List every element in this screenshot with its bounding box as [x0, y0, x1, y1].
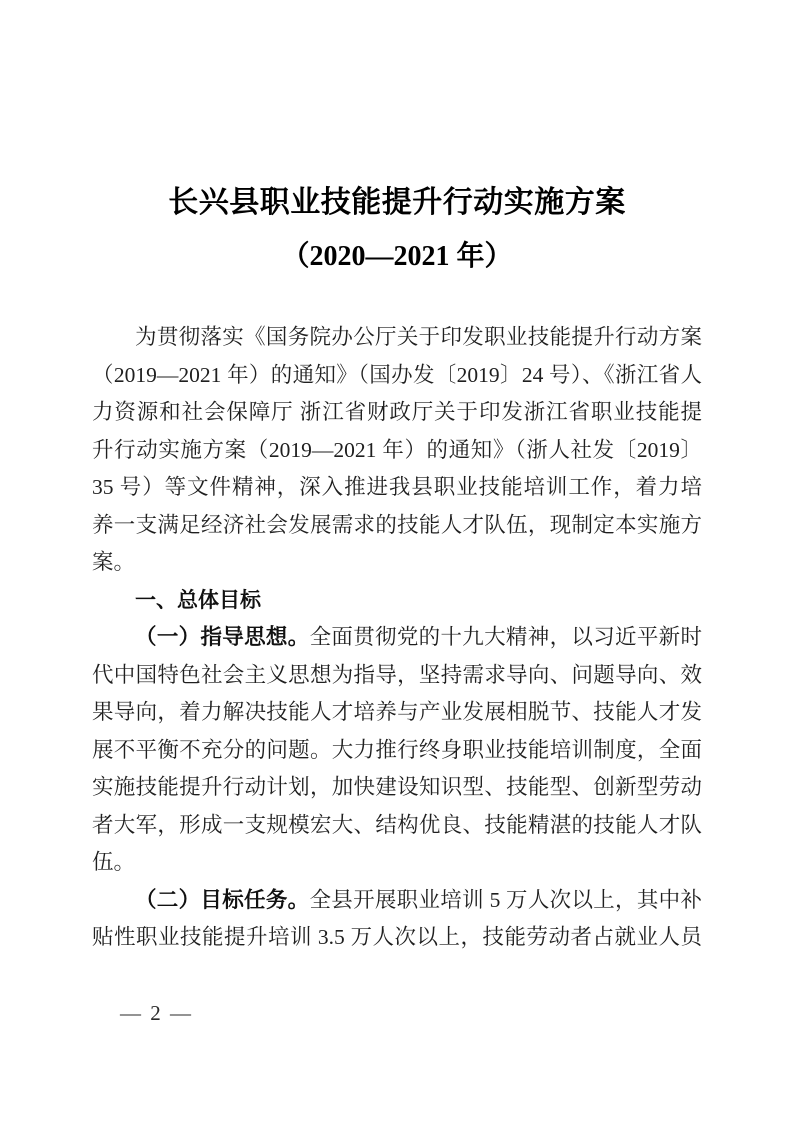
line-text: 升行动实施方案（2019—2021 年）的通知》（浙人社发〔2019〕 — [92, 438, 702, 462]
document-page: 长兴县职业技能提升行动实施方案 （2020—2021 年） 为贯彻落实《国务院办… — [0, 0, 794, 1123]
line-text: 力资源和社会保障厅 浙江省财政厅关于印发浙江省职业技能提 — [92, 400, 702, 424]
section-heading: 一、总体目标 — [92, 582, 702, 620]
bold-lead: （一）指导思想。 — [135, 625, 310, 649]
line-text: 养一支满足经济社会发展需求的技能人才队伍，现制定本实施方 — [92, 513, 702, 537]
page-number: — 2 — — [120, 1001, 193, 1026]
line-text: 贴性职业技能提升培训 3.5 万人次以上，技能劳动者占就业人员 — [92, 925, 702, 949]
paragraph-line: 案。 — [92, 544, 702, 582]
line-text: 伍。 — [92, 850, 135, 874]
line-text: 实施技能提升行动计划，加快建设知识型、技能型、创新型劳动 — [92, 775, 702, 799]
line-text: 代中国特色社会主义思想为指导，坚持需求导向、问题导向、效 — [92, 663, 702, 687]
line-text: 一、总体目标 — [135, 589, 261, 612]
paragraph-line: 伍。 — [92, 844, 702, 882]
paragraph-line: 实施技能提升行动计划，加快建设知识型、技能型、创新型劳动 — [92, 769, 702, 807]
paragraph-line: 为贯彻落实《国务院办公厅关于印发职业技能提升行动方案 — [92, 319, 702, 357]
paragraph-line: （二）目标任务。全县开展职业培训 5 万人次以上，其中补 — [92, 882, 702, 920]
paragraph-line: 养一支满足经济社会发展需求的技能人才队伍，现制定本实施方 — [92, 507, 702, 545]
document-subtitle: （2020—2021 年） — [0, 234, 794, 274]
line-text: 全县开展职业培训 5 万人次以上，其中补 — [309, 888, 702, 912]
paragraph-line: 者大军，形成一支规模宏大、结构优良、技能精湛的技能人才队 — [92, 807, 702, 845]
bold-lead: （二）目标任务。 — [135, 888, 309, 912]
paragraph-line: 果导向，着力解决技能人才培养与产业发展相脱节、技能人才发 — [92, 694, 702, 732]
paragraph-line: 代中国特色社会主义思想为指导，坚持需求导向、问题导向、效 — [92, 657, 702, 695]
line-text: （2019—2021 年）的通知》（国办发〔2019〕24 号）、《浙江省人 — [92, 363, 702, 387]
paragraph-line: 35 号）等文件精神，深入推进我县职业技能培训工作，着力培 — [92, 469, 702, 507]
paragraph-line: 展不平衡不充分的问题。大力推行终身职业技能培训制度，全面 — [92, 732, 702, 770]
paragraph-line: （2019—2021 年）的通知》（国办发〔2019〕24 号）、《浙江省人 — [92, 357, 702, 395]
paragraph-line: 力资源和社会保障厅 浙江省财政厅关于印发浙江省职业技能提 — [92, 394, 702, 432]
line-text: 案。 — [92, 550, 135, 574]
line-text: 展不平衡不充分的问题。大力推行终身职业技能培训制度，全面 — [92, 738, 702, 762]
line-text: 者大军，形成一支规模宏大、结构优良、技能精湛的技能人才队 — [92, 813, 702, 837]
paragraph-line: 贴性职业技能提升培训 3.5 万人次以上，技能劳动者占就业人员 — [92, 919, 702, 957]
line-text: 35 号）等文件精神，深入推进我县职业技能培训工作，着力培 — [92, 475, 702, 499]
line-text: 为贯彻落实《国务院办公厅关于印发职业技能提升行动方案 — [135, 325, 702, 349]
document-title: 长兴县职业技能提升行动实施方案 — [0, 177, 794, 221]
line-text: 果导向，着力解决技能人才培养与产业发展相脱节、技能人才发 — [92, 700, 702, 724]
paragraph-line: 升行动实施方案（2019—2021 年）的通知》（浙人社发〔2019〕 — [92, 432, 702, 470]
line-text: 全面贯彻党的十九大精神，以习近平新时 — [310, 625, 702, 649]
paragraph-line: （一）指导思想。全面贯彻党的十九大精神，以习近平新时 — [92, 619, 702, 657]
document-body: 为贯彻落实《国务院办公厅关于印发职业技能提升行动方案（2019—2021 年）的… — [92, 319, 702, 957]
